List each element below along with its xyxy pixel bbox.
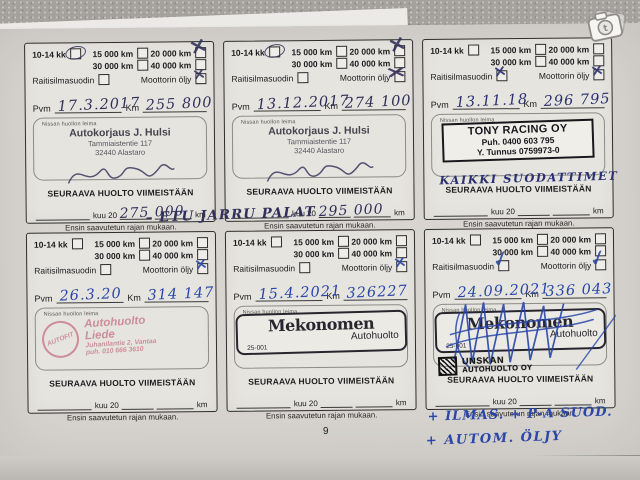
service-entry: 10-14 kk 15 000 km 20 000 km × 30 000 km… xyxy=(24,41,216,224)
interval-row-1: 10-14 kk 15 000 km 20 000 km × xyxy=(32,47,206,60)
option-label: Moottorin öljy xyxy=(342,262,393,272)
checkbox-fresh-air-filter: ✓ xyxy=(498,260,509,271)
option-label: Raitisilmasuodin xyxy=(34,265,96,276)
stamp-mekonomen: Mekonomen Autohuolto 25-001 xyxy=(235,310,407,356)
option-30000km: 30 000 km xyxy=(488,56,546,68)
interval-row-2: 30 000 km 40 000 km xyxy=(231,57,405,70)
option-label: 10-14 kk xyxy=(34,239,68,249)
date-odometer-row: Pvm 24.09.2021 Km 336 043 xyxy=(432,282,606,300)
checkbox-40000km xyxy=(394,57,405,68)
signature-scribble xyxy=(60,158,180,189)
date-label: Pvm xyxy=(233,292,251,302)
interval-row-2: 30 000 km 40 000 km xyxy=(32,59,206,72)
next-km-blank-2 xyxy=(155,207,192,219)
handwritten-odometer: 296 795 xyxy=(544,91,612,110)
odometer-label: Km xyxy=(523,99,537,109)
interval-row-1: 10-14 kk 15 000 km 20 000 km xyxy=(34,237,208,250)
checkbox-30000km xyxy=(137,60,148,71)
stamp-line: 32440 Alastaro xyxy=(34,147,206,158)
checkbox-15000km xyxy=(535,44,546,55)
checkbox-engine-oil: × xyxy=(197,263,208,274)
month-blank xyxy=(435,394,489,407)
odometer-line: 326227 xyxy=(344,285,408,301)
option-label: 30 000 km xyxy=(492,246,533,256)
next-km-blank-2 xyxy=(354,205,391,217)
odometer-label: Km xyxy=(125,103,139,113)
date-odometer-row: Pvm 26.3.20 Km 314 147 xyxy=(34,286,208,304)
checkbox-15000km xyxy=(137,48,148,59)
next-km-blank xyxy=(321,396,353,408)
km-unit-label: km xyxy=(197,400,208,409)
option-30000km: 30 000 km xyxy=(291,248,349,260)
option-15000km: 15 000 km xyxy=(291,236,349,248)
date-label: Pvm xyxy=(432,290,450,300)
filter-oil-row: Raitisilmasuodin ✓ Moottorin öljy ✓ xyxy=(432,259,606,272)
interval-row-1: 10-14 kk 15 000 km 20 000 km xyxy=(432,233,606,246)
handwritten-odometer: 336 043 xyxy=(545,281,613,300)
option-10-14kk: 10-14 kk xyxy=(430,44,488,56)
next-km-blank-2 xyxy=(157,397,194,409)
handwritten-date: 26.3.20 xyxy=(59,286,122,305)
option-15000km: 15 000 km xyxy=(488,44,546,56)
service-grid: 10-14 kk 15 000 km 20 000 km × 30 000 km… xyxy=(24,37,616,414)
checkbox-engine-oil: × xyxy=(195,73,206,84)
checkbox-engine-oil: × xyxy=(396,261,407,272)
checkbox-40000km xyxy=(593,55,604,66)
checkbox-fresh-air-filter xyxy=(299,262,310,273)
handwritten-odometer: 274 100 xyxy=(345,93,413,112)
next-service-line: kuu 20 km xyxy=(432,202,606,217)
option-label: 30 000 km xyxy=(292,58,333,68)
date-label: Pvm xyxy=(232,102,250,112)
checkbox-20000km xyxy=(396,235,407,246)
option-20000km: 20 000 km × xyxy=(347,45,405,57)
service-entry: 10-14 kk 15 000 km 20 000 km 30 000 km 4… xyxy=(225,229,417,412)
odometer-line: 274 100 xyxy=(342,95,406,111)
date-line: 15.4.2021 xyxy=(255,286,322,302)
next-km-blank-2 xyxy=(356,395,393,407)
checkbox-20000km xyxy=(595,233,606,244)
dealer-stamp-area: Nissan huollon leima TONY RACING OY Puh.… xyxy=(431,112,606,177)
option-label: 40 000 km xyxy=(550,246,591,256)
option-fresh-air-filter: Raitisilmasuodin xyxy=(233,262,310,274)
checkbox-20000km: × xyxy=(394,45,405,56)
stamp-autohuolto-liede: AUTOFIT Autohuolto Liede Juhanilantie 2,… xyxy=(41,311,209,360)
interval-row-2: 30 000 km 40 000 km xyxy=(233,247,407,260)
option-label: 30 000 km xyxy=(94,250,135,260)
option-label: 30 000 km xyxy=(93,60,134,70)
option-label: 40 000 km xyxy=(152,250,193,260)
month-label: kuu 20 xyxy=(491,207,515,216)
filter-oil-row: Raitisilmasuodin Moottorin öljy × xyxy=(231,71,405,84)
handwritten-odometer: 255 800 xyxy=(146,95,214,114)
interval-row-2: 30 000 km 40 000 km xyxy=(34,249,208,262)
odometer-label: Km xyxy=(525,289,539,299)
stamp-area-label: Nissan huollon leima xyxy=(44,311,99,318)
checkbox-15000km xyxy=(139,238,150,249)
date-line: 13.11.18 xyxy=(453,94,520,110)
option-20000km: 20 000 km xyxy=(150,237,208,249)
option-label: 10-14 kk xyxy=(32,49,66,59)
rule-text: Ensin saavutetun rajan mukaan. xyxy=(235,410,409,421)
option-40000km: 40 000 km xyxy=(347,57,405,69)
stamp-code: 25-001 xyxy=(247,344,267,352)
option-label: 15 000 km xyxy=(92,48,133,58)
interval-row-2: 30 000 km 40 000 km xyxy=(430,55,604,68)
odometer-line: 336 043 xyxy=(543,283,607,299)
filter-oil-row: Raitisilmasuodin Moottorin öljy × xyxy=(32,73,206,86)
option-label: 40 000 km xyxy=(151,60,192,70)
checkbox-15000km xyxy=(338,236,349,247)
option-label: 20 000 km xyxy=(550,234,591,244)
option-label: Moottorin öljy xyxy=(340,72,391,82)
checkbox-10-14kk xyxy=(270,236,281,247)
checkbox-20000km xyxy=(197,237,208,248)
option-40000km: 40 000 km xyxy=(349,247,407,259)
option-engine-oil: Moottorin öljy × xyxy=(143,263,209,275)
option-30000km: 30 000 km xyxy=(289,58,347,70)
option-fresh-air-filter: Raitisilmasuodin ✓ xyxy=(432,260,509,272)
option-15000km: 15 000 km xyxy=(90,48,148,60)
km-unit-label: km xyxy=(195,210,206,219)
date-line: 26.3.20 xyxy=(56,288,123,304)
option-label: 30 000 km xyxy=(293,248,334,258)
stamp-area-label: Nissan huollon leima xyxy=(42,121,97,128)
month-blank xyxy=(37,398,91,411)
checkbox-40000km xyxy=(595,245,606,256)
stamp-area-label: Nissan huollon leima xyxy=(241,119,296,126)
month-blank xyxy=(236,396,290,409)
handwritten-odometer: 314 147 xyxy=(148,285,216,304)
handwritten-date: 13.11.18 xyxy=(455,92,528,111)
page-bottom-shadow xyxy=(0,456,640,480)
option-10-14kk: 10-14 kk xyxy=(231,46,289,58)
date-odometer-row: Pvm 15.4.2021 Km 326227 xyxy=(233,284,407,302)
option-label: 10-14 kk xyxy=(430,45,464,55)
option-20000km: 20 000 km xyxy=(548,233,606,245)
option-label: 40 000 km xyxy=(549,56,590,66)
odometer-line: 255 800 xyxy=(143,97,207,113)
option-10-14kk: 10-14 kk xyxy=(32,48,90,60)
checkbox-30000km xyxy=(139,250,150,261)
option-40000km: 40 000 km xyxy=(548,245,606,257)
option-40000km: 40 000 km xyxy=(546,55,604,67)
filter-oil-row: Raitisilmasuodin × Moottorin öljy × xyxy=(430,69,604,82)
rule-text: Ensin saavutetun rajan mukaan. xyxy=(36,412,210,423)
checkbox-10-14kk xyxy=(70,48,81,59)
interval-row-2: 30 000 km 40 000 km xyxy=(432,245,606,258)
month-label: kuu 20 xyxy=(292,209,316,218)
stamp-tony-racing: TONY RACING OY Puh. 0400 603 795 Y. Tunn… xyxy=(441,119,594,163)
option-fresh-air-filter: Raitisilmasuodin xyxy=(34,264,111,276)
option-label: Moottorin öljy xyxy=(143,264,194,274)
handwritten-odometer: 326227 xyxy=(346,283,408,302)
option-fresh-air-filter: Raitisilmasuodin × xyxy=(430,70,507,82)
next-km-blank-2 xyxy=(553,203,590,215)
checkbox-30000km xyxy=(336,58,347,69)
dealer-stamp-area: Nissan huollon leima xyxy=(234,304,409,369)
date-label: Pvm xyxy=(33,104,51,114)
km-unit-label: km xyxy=(394,208,405,217)
next-km-blank: 275 000 xyxy=(120,208,152,220)
service-entry: 10-14 kk 15 000 km 20 000 km × 30 000 km… xyxy=(223,39,415,222)
checkbox-30000km xyxy=(338,248,349,259)
next-service-line: kuu 20 km xyxy=(433,392,607,407)
option-30000km: 30 000 km xyxy=(90,60,148,72)
date-line: 24.09.2021 xyxy=(454,284,521,300)
option-label: 15 000 km xyxy=(492,234,533,244)
checkbox-engine-oil: × xyxy=(394,71,405,82)
next-service-line: kuu 20 295 000 km xyxy=(233,204,407,219)
option-label: 20 000 km xyxy=(349,46,390,56)
checkbox-10-14kk xyxy=(468,44,479,55)
date-odometer-row: Pvm 17.3.2017 Km 255 800 xyxy=(33,96,207,114)
stamp-unskan-autohuolto: UNSKAN AUTOHUOLTO OY xyxy=(438,354,533,376)
option-label: Raitisilmasuodin xyxy=(233,263,295,274)
option-engine-oil: Moottorin öljy ✓ xyxy=(541,259,607,271)
option-label: Raitisilmasuodin xyxy=(432,261,494,272)
date-label: Pvm xyxy=(431,100,449,110)
option-label: 20 000 km xyxy=(152,238,193,248)
checkbox-10-14kk xyxy=(269,46,280,57)
option-engine-oil: Moottorin öljy × xyxy=(141,73,207,85)
interval-row-1: 10-14 kk 15 000 km 20 000 km × xyxy=(231,45,405,58)
signature-scribble xyxy=(259,156,379,187)
option-label: 15 000 km xyxy=(291,46,332,56)
month-label: kuu 20 xyxy=(95,401,119,410)
dealer-stamp-area: Nissan huollon leima Autokorjaus J. Huls… xyxy=(33,116,208,181)
date-odometer-row: Pvm 13.11.18 Km 296 795 xyxy=(431,92,605,110)
camera-watermark-icon: t xyxy=(582,4,634,50)
option-20000km: 20 000 km xyxy=(349,235,407,247)
next-km-blank xyxy=(520,394,552,406)
checkbox-10-14kk xyxy=(469,234,480,245)
option-30000km: 30 000 km xyxy=(92,250,150,262)
option-15000km: 15 000 km xyxy=(92,238,150,250)
option-fresh-air-filter: Raitisilmasuodin xyxy=(32,74,109,86)
service-entry: 10-14 kk 15 000 km 20 000 km 30 000 km 4… xyxy=(422,37,614,220)
option-label: 15 000 km xyxy=(490,44,531,54)
next-service-title: SEURAAVA HUOLTO VIIMEISTÄÄN xyxy=(234,375,408,387)
option-label: 15 000 km xyxy=(94,238,135,248)
option-engine-oil: Moottorin öljy × xyxy=(342,261,408,273)
date-label: Pvm xyxy=(34,294,52,304)
option-label: 10-14 kk xyxy=(231,47,265,57)
month-blank xyxy=(434,204,488,217)
unskan-logo xyxy=(438,356,458,376)
km-unit-label: km xyxy=(593,206,604,215)
checkbox-engine-oil: × xyxy=(593,69,604,80)
checkbox-engine-oil: ✓ xyxy=(595,259,606,270)
page-number: 9 xyxy=(296,426,356,438)
service-entry: 10-14 kk 15 000 km 20 000 km 30 000 km 4… xyxy=(26,231,218,414)
option-15000km: 15 000 km xyxy=(289,46,347,58)
date-line: 13.12.2017 xyxy=(254,96,321,112)
checkbox-fresh-air-filter xyxy=(98,74,109,85)
autofit-logo: AUTOFIT xyxy=(36,315,84,363)
checkbox-30000km xyxy=(537,246,548,257)
handwritten-note-transmission-oil: + AUTOM. ÖLJY xyxy=(426,429,563,449)
checkbox-30000km xyxy=(535,56,546,67)
interval-row-1: 10-14 kk 15 000 km 20 000 km xyxy=(233,235,407,248)
option-label: Raitisilmasuodin xyxy=(231,73,293,84)
next-service-title: SEURAAVA HUOLTO VIIMEISTÄÄN xyxy=(35,377,209,389)
odometer-line: 296 795 xyxy=(541,93,605,109)
option-label: 15 000 km xyxy=(293,236,334,246)
option-label: 30 000 km xyxy=(491,56,532,66)
option-label: 40 000 km xyxy=(350,58,391,68)
km-unit-label: km xyxy=(396,398,407,407)
stamp-line: AUTOHUOLTO OY xyxy=(462,364,532,374)
km-unit-label: km xyxy=(595,396,606,405)
next-service-line: kuu 20 km xyxy=(234,394,408,409)
date-odometer-row: Pvm 13.12.2017 Km 274 100 xyxy=(232,94,406,112)
interval-row-1: 10-14 kk 15 000 km 20 000 km xyxy=(430,43,604,56)
option-engine-oil: Moottorin öljy × xyxy=(539,69,605,81)
option-label: Raitisilmasuodin xyxy=(32,75,94,86)
odometer-line: 314 147 xyxy=(145,287,209,303)
stamp-code: 25-001 xyxy=(446,343,466,351)
option-label: Moottorin öljy xyxy=(539,70,590,80)
option-15000km: 15 000 km xyxy=(490,234,548,246)
option-label: 40 000 km xyxy=(351,248,392,258)
option-label: 10-14 kk xyxy=(432,235,466,245)
option-label: Raitisilmasuodin xyxy=(430,71,492,82)
checkbox-40000km xyxy=(396,247,407,258)
month-blank xyxy=(235,206,289,219)
checkbox-20000km: × xyxy=(195,47,206,58)
month-blank xyxy=(36,208,90,221)
stamp-line: 32440 Alastaro xyxy=(233,145,405,156)
next-km-blank: 295 000 xyxy=(319,206,351,218)
next-service-line: kuu 20 km xyxy=(35,396,209,411)
option-label: Moottorin öljy xyxy=(541,260,592,270)
next-service-title: SEURAAVA HUOLTO VIIMEISTÄÄN xyxy=(431,183,605,195)
next-service-line: kuu 20 275 000 km xyxy=(34,206,208,221)
checkbox-40000km xyxy=(197,249,208,260)
option-label: 10-14 kk xyxy=(233,237,267,247)
next-km-blank xyxy=(122,398,154,410)
month-label: kuu 20 xyxy=(93,211,117,220)
next-km-blank xyxy=(518,204,550,216)
option-20000km: 20 000 km × xyxy=(148,47,206,59)
filter-oil-row: Raitisilmasuodin Moottorin öljy × xyxy=(34,263,208,276)
odometer-label: Km xyxy=(324,101,338,111)
dealer-stamp-area: Nissan huollon leima Autokorjaus J. Huls… xyxy=(232,114,407,179)
option-label: Moottorin öljy xyxy=(141,74,192,84)
option-10-14kk: 10-14 kk xyxy=(34,238,92,250)
checkbox-40000km xyxy=(195,59,206,70)
date-line: 17.3.2017 xyxy=(55,98,122,114)
option-10-14kk: 10-14 kk xyxy=(432,234,490,246)
checkbox-fresh-air-filter xyxy=(100,264,111,275)
filter-oil-row: Raitisilmasuodin Moottorin öljy × xyxy=(233,261,407,274)
dealer-stamp-area: Nissan huollon leima AUTOFIT Autohuolto … xyxy=(35,306,210,371)
stamp-mekonomen: Mekonomen Autohuolto 25-001 xyxy=(434,308,606,354)
option-10-14kk: 10-14 kk xyxy=(233,236,291,248)
service-book-page: 10-14 kk 15 000 km 20 000 km × 30 000 km… xyxy=(0,23,640,463)
option-30000km: 30 000 km xyxy=(490,246,548,258)
option-label: 20 000 km xyxy=(150,48,191,58)
checkbox-fresh-air-filter: × xyxy=(496,70,507,81)
option-40000km: 40 000 km xyxy=(148,59,206,71)
option-engine-oil: Moottorin öljy × xyxy=(340,71,406,83)
option-40000km: 40 000 km xyxy=(150,249,208,261)
checkbox-15000km xyxy=(336,46,347,57)
option-label: 20 000 km xyxy=(351,236,392,246)
checkbox-15000km xyxy=(537,234,548,245)
odometer-label: Km xyxy=(127,293,141,303)
service-entry: 10-14 kk 15 000 km 20 000 km 30 000 km 4… xyxy=(424,227,616,410)
checkbox-fresh-air-filter xyxy=(297,72,308,83)
month-label: kuu 20 xyxy=(493,397,517,406)
option-fresh-air-filter: Raitisilmasuodin xyxy=(231,72,308,84)
checkbox-10-14kk xyxy=(72,238,83,249)
next-km-blank-2 xyxy=(555,393,592,405)
odometer-label: Km xyxy=(326,291,340,301)
month-label: kuu 20 xyxy=(294,399,318,408)
rule-text: Ensin saavutetun rajan mukaan. xyxy=(434,408,608,419)
